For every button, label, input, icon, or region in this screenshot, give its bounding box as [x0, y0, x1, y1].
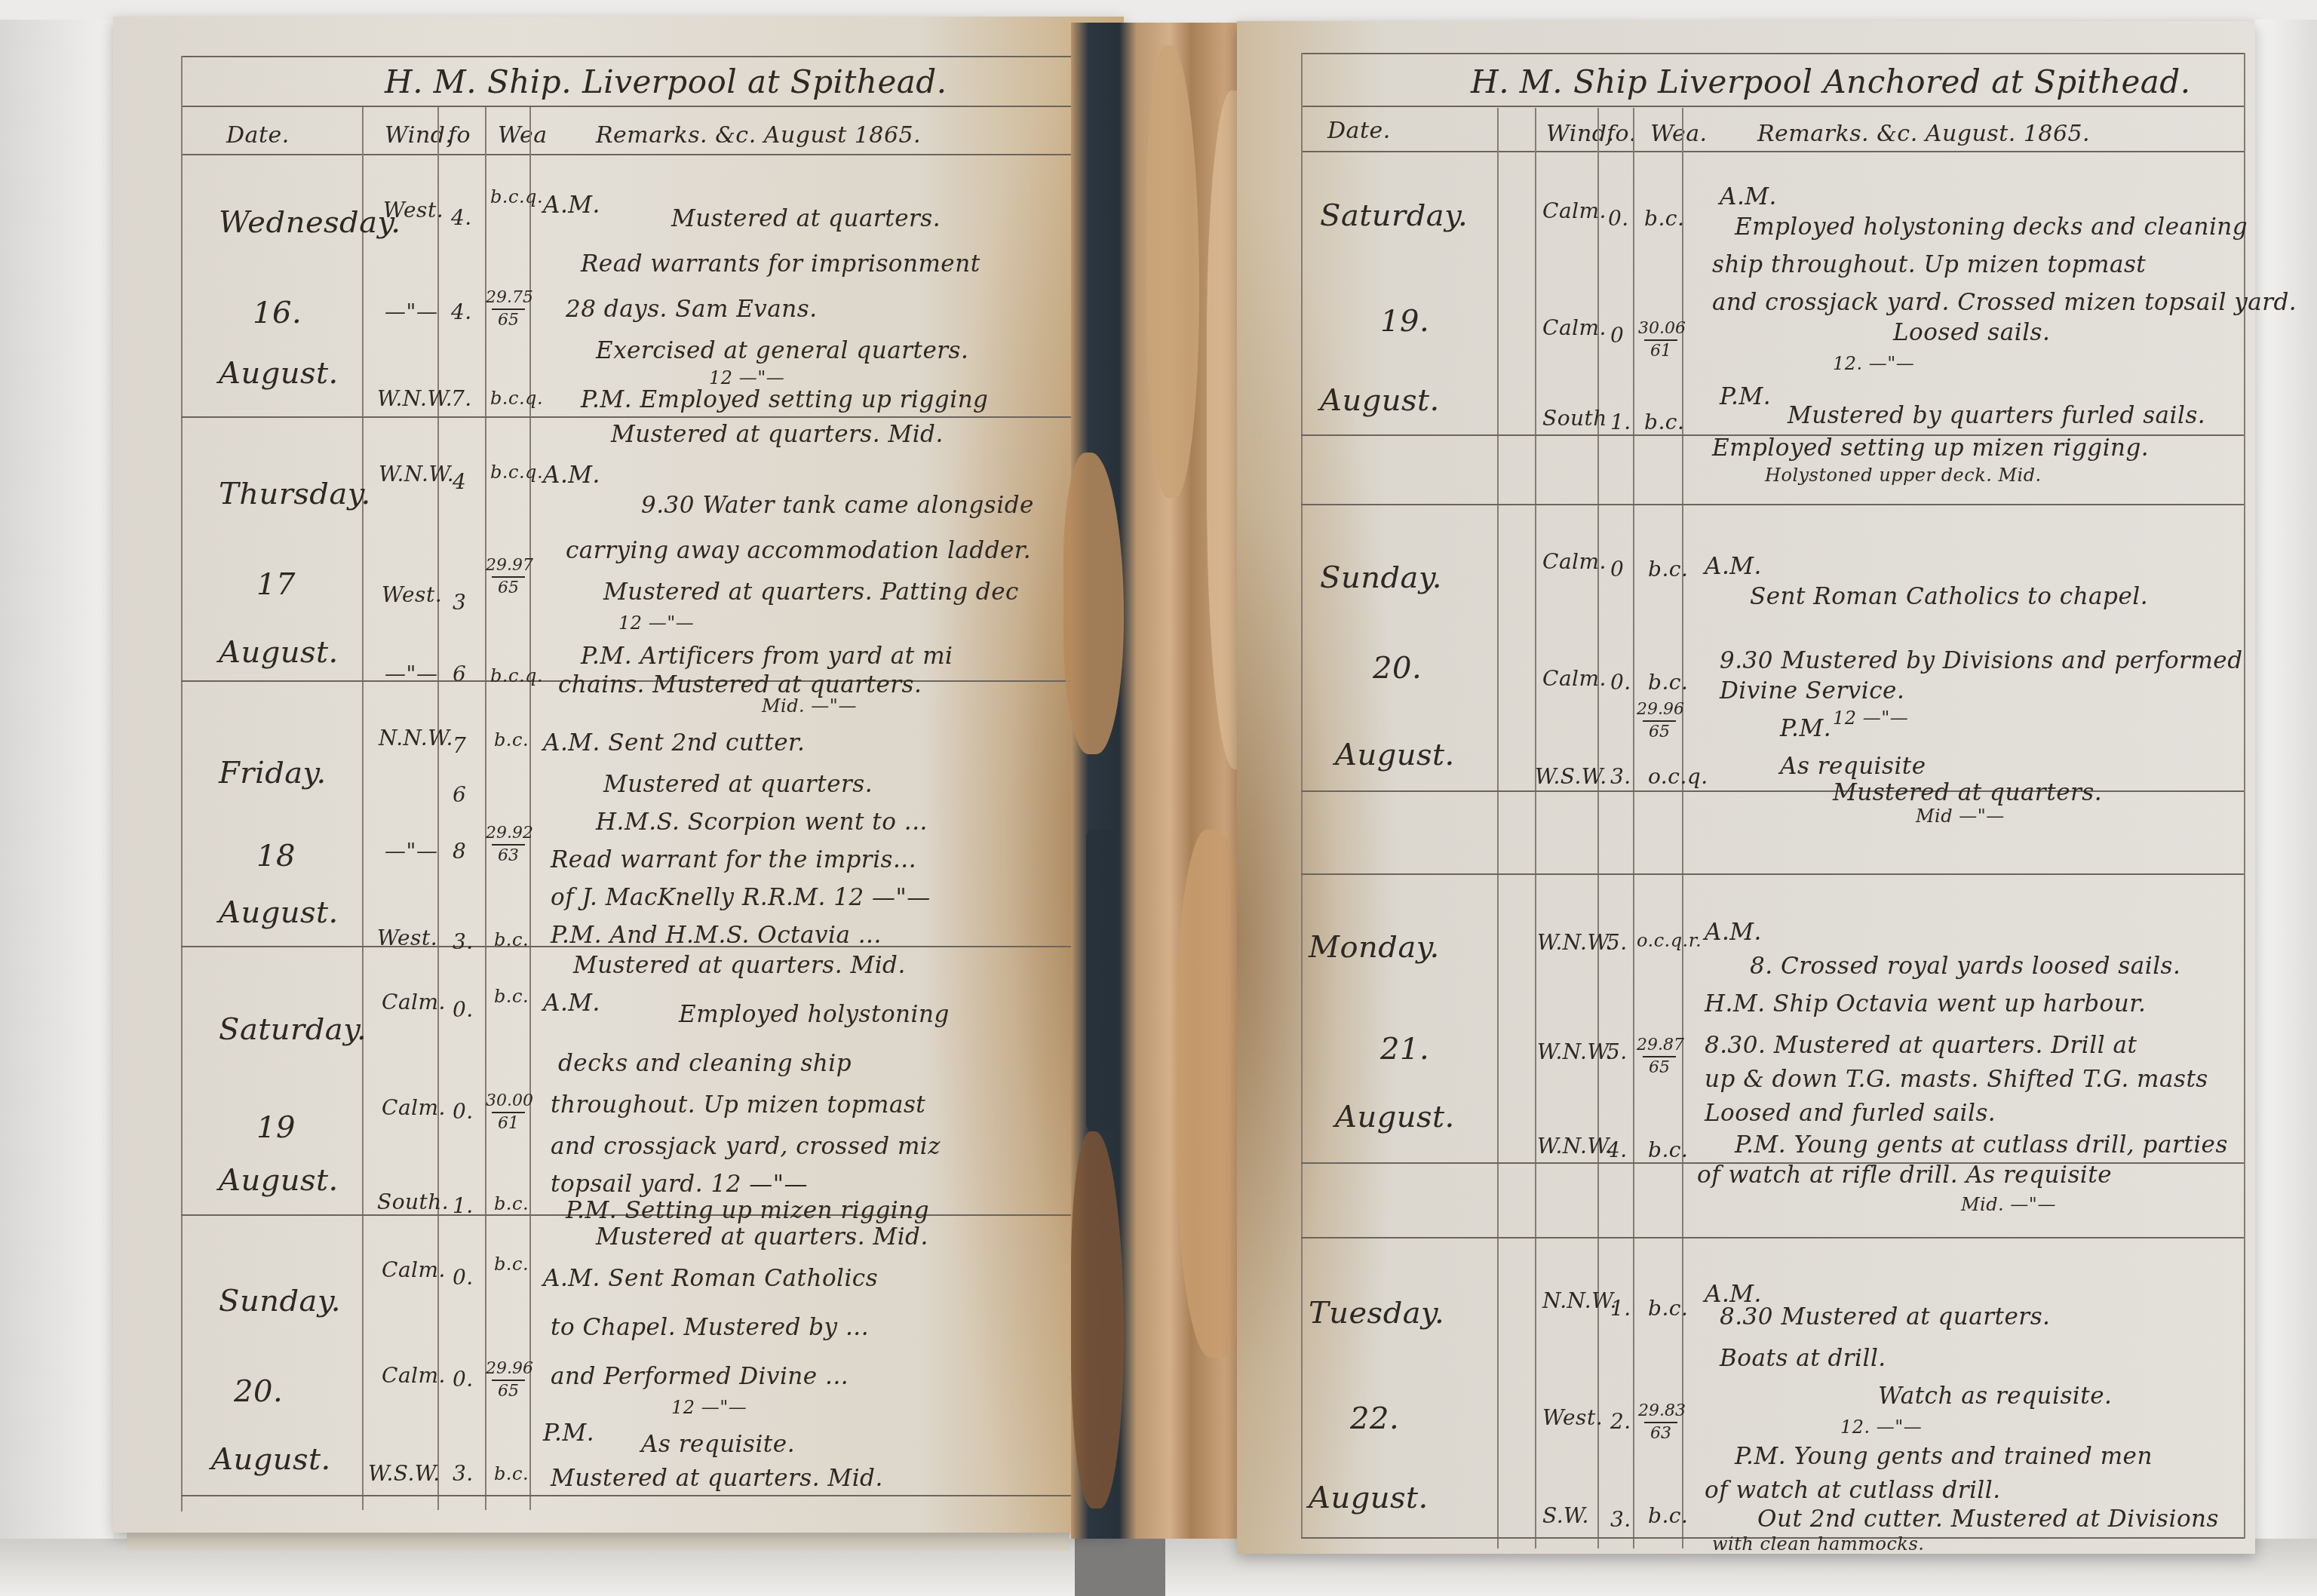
- obs-force: 0.: [453, 997, 474, 1022]
- obs-weather: b.c.: [494, 1193, 529, 1214]
- entry-weekday: Friday.: [219, 756, 327, 790]
- remark-line: carrying away accommodation ladder.: [566, 537, 1031, 564]
- obs-wind: West.: [383, 198, 443, 223]
- remark-line: P.M. Employed setting up rigging: [581, 386, 988, 413]
- obs-weather: b.c.q.: [490, 388, 543, 409]
- obs-weather: b.c.: [494, 729, 529, 750]
- obs-weather: b.c.: [1648, 1296, 1688, 1321]
- remark-line: P.M. Setting up mizen rigging: [566, 1197, 929, 1224]
- entry-month: August.: [219, 1163, 339, 1198]
- obs-wind: W.N.W.: [1537, 930, 1613, 955]
- obs-wind: —"—: [385, 299, 437, 324]
- left-page-title: H. M. Ship. Liverpool at Spithead.: [385, 63, 947, 100]
- obs-barometer-thermometer: 29.8765: [1637, 1036, 1682, 1078]
- remark-line: Read warrant for the impris...: [551, 846, 916, 873]
- box-divider: [1075, 1539, 1165, 1596]
- right-page-top-rule: [1301, 53, 2244, 54]
- entry-weekday: Tuesday.: [1309, 1296, 1444, 1331]
- obs-wind: West.: [377, 925, 437, 950]
- spine-binding-cloth: [1086, 830, 1116, 1131]
- remark-line: 12 —"—: [671, 1397, 747, 1418]
- obs-force: 4.: [451, 299, 472, 324]
- remark-line: Sent Roman Catholics to chapel.: [1750, 583, 2148, 610]
- remark-line: Read warrants for imprisonment: [581, 250, 981, 278]
- remark-line: A.M.: [543, 462, 600, 489]
- entry-weekday: Saturday.: [219, 1012, 367, 1047]
- remark-line: Mustered at quarters. Mid.: [596, 1223, 928, 1251]
- left-col-wind: Wind.: [385, 122, 453, 149]
- right-col-date: Date.: [1327, 118, 1391, 144]
- obs-wind: W.N.W.: [1537, 1134, 1613, 1159]
- obs-weather: b.c.: [1644, 410, 1684, 434]
- barometer-reading: 30.00: [486, 1091, 533, 1110]
- entry-day-number: 20.: [234, 1374, 283, 1409]
- obs-barometer-thermometer: 29.9665: [486, 1359, 531, 1401]
- obs-force: 5.: [1607, 930, 1628, 955]
- barometer-reading: 29.87: [1637, 1036, 1684, 1054]
- entry-day-number: 21.: [1380, 1032, 1429, 1067]
- obs-wind: South: [1542, 406, 1607, 431]
- obs-weather: b.c.q.: [490, 186, 543, 207]
- barometer-reading: 29.75: [486, 288, 533, 307]
- obs-force: 4.: [1607, 1137, 1628, 1162]
- remark-line: 9.30 Mustered by Divisions and performed: [1720, 647, 2242, 674]
- obs-force: 7.: [451, 386, 472, 411]
- remark-line: 12 —"—: [618, 612, 694, 634]
- left-page-outer-vrule: [181, 56, 183, 1512]
- obs-force: 3.: [1610, 1507, 1631, 1532]
- remark-line: 12. —"—: [1840, 1416, 1922, 1438]
- obs-force: 0: [1610, 557, 1624, 582]
- remark-line: Mustered at quarters.: [671, 205, 941, 232]
- obs-weather: o.c.q.r.: [1637, 930, 1702, 951]
- remark-line: P.M. And H.M.S. Octavia ...: [551, 922, 882, 949]
- left-col-weather: Wea: [498, 122, 548, 149]
- obs-force: 0: [1610, 323, 1624, 348]
- right-day-rule: [1301, 504, 2244, 505]
- obs-force: 4.: [451, 205, 472, 230]
- obs-force: 3: [453, 590, 466, 615]
- left-page-title-rule: [181, 106, 1162, 107]
- remark-line: Employed holystoning: [679, 1001, 950, 1028]
- entry-month: August.: [219, 895, 339, 930]
- obs-wind: W.N.W.: [377, 386, 453, 411]
- remark-line: Out 2nd cutter. Mustered at Divisions: [1757, 1505, 2219, 1533]
- obs-wind: Calm.: [1542, 315, 1607, 340]
- barometer-reading: 29.83: [1638, 1401, 1686, 1420]
- obs-wind: W.N.W.: [1537, 1039, 1613, 1064]
- thermometer-reading: 65: [498, 579, 519, 597]
- left-log-page: H. M. Ship. Liverpool at Spithead. Date.…: [113, 17, 1124, 1533]
- right-col-remarks: Remarks. &c. August. 1865.: [1757, 121, 2090, 147]
- entry-month: August.: [1320, 383, 1440, 418]
- remark-line: 28 days. Sam Evans.: [566, 296, 818, 323]
- entry-day-number: 18: [256, 839, 296, 873]
- right-page-outer-vrule: [1301, 53, 1303, 1539]
- obs-weather: b.c.: [494, 1463, 529, 1484]
- right-day-rule: [1301, 1237, 2244, 1238]
- obs-force: 0.: [453, 1367, 474, 1392]
- obs-wind: —"—: [385, 839, 437, 864]
- storage-box-left-wall: [0, 0, 113, 1596]
- obs-weather: b.c.: [1648, 1503, 1688, 1528]
- remark-line: of watch at cutlass drill.: [1705, 1477, 2001, 1504]
- right-col-force: fo.: [1607, 121, 1637, 147]
- obs-force: 0.: [1608, 206, 1629, 231]
- remark-line: P.M.: [1780, 715, 1831, 742]
- obs-wind: N.N.W.: [379, 726, 453, 750]
- remark-line: and crossjack yard. Crossed mizen topsai…: [1712, 289, 2297, 316]
- remark-line: and crossjack yard, crossed miz: [551, 1133, 941, 1160]
- obs-weather: b.c.: [1648, 1137, 1688, 1162]
- remark-line: Boats at drill.: [1720, 1345, 1886, 1372]
- entry-day-number: 20.: [1373, 651, 1422, 686]
- remark-line: Mustered at quarters. Mid.: [611, 421, 944, 448]
- obs-weather: b.c.q.: [490, 665, 543, 686]
- left-page-bottom-rule: [181, 1495, 1162, 1496]
- remark-line: P.M. Artificers from yard at mi: [581, 643, 953, 670]
- barometer-reading: 29.96: [486, 1359, 533, 1378]
- obs-wind: —"—: [385, 661, 437, 686]
- thermometer-reading: 65: [498, 311, 519, 330]
- obs-force: 8: [453, 839, 466, 864]
- obs-wind: Calm.: [1542, 198, 1607, 223]
- left-page-header-rule: [181, 154, 1162, 155]
- remark-line: H.M. Ship Octavia went up harbour.: [1705, 990, 2146, 1017]
- obs-weather: b.c.: [494, 1254, 529, 1275]
- remark-line: with clean hammocks.: [1712, 1533, 1924, 1555]
- remark-line: P.M. Young gents and trained men: [1735, 1443, 2153, 1470]
- obs-wind: West.: [1542, 1405, 1603, 1430]
- remark-line: A.M. Sent Roman Catholics: [543, 1265, 878, 1292]
- remark-line: A.M. Sent 2nd cutter.: [543, 729, 805, 757]
- obs-wind: Calm.: [382, 1095, 446, 1120]
- thermometer-reading: 65: [1649, 1058, 1670, 1077]
- obs-force: 0.: [453, 1099, 474, 1124]
- entry-month: August.: [1335, 1100, 1455, 1134]
- obs-wind: W.N.W.: [379, 462, 454, 486]
- remark-line: Employed holystoning decks and cleaning: [1735, 213, 2248, 241]
- obs-wind: Calm.: [1542, 666, 1607, 691]
- remark-line: Mid. —"—: [1961, 1194, 2056, 1215]
- remark-line: and Performed Divine ...: [551, 1363, 849, 1390]
- thermometer-reading: 61: [498, 1114, 519, 1133]
- remark-line: A.M.: [543, 192, 600, 219]
- thermometer-reading: 63: [498, 846, 519, 865]
- obs-barometer-thermometer: 29.9765: [486, 556, 531, 598]
- storage-box-right-wall: [2255, 0, 2317, 1596]
- entry-day-number: 16.: [253, 296, 302, 330]
- obs-weather: b.c.q.: [490, 462, 543, 483]
- entry-month: August.: [1309, 1481, 1429, 1515]
- remark-line: H.M.S. Scorpion went to ...: [596, 809, 928, 836]
- remark-line: decks and cleaning ship: [558, 1050, 852, 1077]
- obs-force: 4: [453, 469, 466, 494]
- obs-wind: W.S.W.: [368, 1461, 440, 1486]
- obs-force: 2.: [1610, 1409, 1631, 1434]
- remark-line: 9.30 Water tank came alongside: [641, 492, 1034, 519]
- obs-wind: S.W.: [1542, 1503, 1589, 1528]
- remark-line: 8. Crossed royal yards loosed sails.: [1750, 953, 2180, 980]
- right-page-title: H. M. Ship Liverpool Anchored at Spithea…: [1471, 63, 2191, 100]
- obs-barometer-thermometer: 29.8363: [1638, 1401, 1683, 1444]
- entry-weekday: Saturday.: [1320, 198, 1468, 233]
- remark-line: Employed setting up mizen rigging.: [1712, 434, 2149, 462]
- obs-force: 7: [453, 733, 466, 758]
- obs-force: 1.: [1610, 1296, 1631, 1321]
- obs-weather: b.c.: [1648, 670, 1688, 695]
- right-day-rule: [1301, 790, 2244, 792]
- entry-day-number: 19.: [1380, 304, 1429, 339]
- remark-line: Mustered at quarters. Mid.: [551, 1465, 883, 1492]
- obs-weather: b.c.: [1644, 206, 1684, 231]
- entry-weekday: Monday.: [1309, 930, 1440, 965]
- barometer-reading: 30.06: [1638, 319, 1686, 338]
- remark-line: Mustered at quarters.: [603, 771, 873, 798]
- right-col-wind: Wind.: [1546, 121, 1614, 147]
- barometer-reading: 29.92: [486, 824, 533, 843]
- remark-line: Holystoned upper deck. Mid.: [1765, 465, 2042, 486]
- remark-line: Loosed and furled sails.: [1705, 1100, 1996, 1127]
- right-day-rule: [1301, 873, 2244, 875]
- entry-month: August.: [211, 1442, 331, 1477]
- entry-weekday: Thursday.: [219, 477, 371, 511]
- obs-force: 1.: [1610, 410, 1631, 434]
- right-vrule-blank: [1535, 108, 1536, 1548]
- obs-barometer-thermometer: 29.7565: [486, 288, 531, 330]
- left-col-remarks: Remarks. &c. August 1865.: [596, 122, 921, 149]
- remark-line: topsail yard. 12 —"—: [551, 1171, 808, 1198]
- obs-barometer-thermometer: 29.9263: [486, 824, 531, 866]
- obs-barometer-thermometer: 30.0061: [486, 1091, 531, 1134]
- obs-wind: Calm.: [382, 1257, 446, 1282]
- right-page-header-rule: [1301, 151, 2244, 152]
- remark-line: up & down T.G. masts. Shifted T.G. masts: [1705, 1066, 2208, 1093]
- right-page-margin-vrule: [2244, 53, 2245, 1539]
- thermometer-reading: 65: [1649, 723, 1670, 741]
- obs-force: 1.: [453, 1193, 474, 1218]
- obs-force: 6: [453, 782, 466, 807]
- left-day-rule: [181, 416, 1162, 418]
- entry-month: August.: [219, 635, 339, 670]
- obs-wind: Calm.: [382, 990, 446, 1014]
- obs-wind: Calm.: [382, 1363, 446, 1388]
- remark-line: A.M.: [1720, 183, 1777, 210]
- obs-wind: N.N.W.: [1542, 1288, 1617, 1313]
- remark-line: Mustered by quarters furled sails.: [1788, 402, 2205, 429]
- left-vrule-date: [362, 107, 364, 1510]
- obs-wind: West.: [382, 582, 442, 607]
- obs-barometer-thermometer: 29.9665: [1637, 700, 1682, 742]
- remark-line: of watch at rifle drill. As requisite: [1697, 1162, 2112, 1189]
- remark-line: Mid —"—: [1916, 806, 2005, 827]
- left-col-date: Date.: [226, 122, 290, 149]
- obs-force: 3.: [453, 1461, 474, 1486]
- remark-line: 12. —"—: [1833, 353, 1914, 374]
- obs-weather: b.c.: [494, 986, 529, 1007]
- remark-line: 12 —"—: [709, 367, 784, 388]
- remark-line: chains. Mustered at quarters.: [558, 671, 922, 698]
- entry-day-number: 19: [256, 1110, 296, 1145]
- remark-line: Mustered at quarters. Patting dec: [603, 579, 1019, 606]
- obs-wind: W.S.W.: [1535, 764, 1607, 789]
- remark-line: to Chapel. Mustered by ...: [551, 1314, 869, 1341]
- barometer-reading: 29.96: [1637, 700, 1684, 719]
- entry-day-number: 22.: [1350, 1401, 1399, 1436]
- remark-line: P.M.: [1720, 383, 1771, 410]
- obs-force: 0.: [453, 1265, 474, 1290]
- entry-weekday: Sunday.: [219, 1284, 341, 1318]
- obs-wind: Calm.: [1542, 549, 1607, 574]
- remark-line: P.M.: [543, 1420, 594, 1447]
- remark-line: As requisite: [1780, 753, 1926, 780]
- right-page-title-rule: [1301, 106, 2244, 107]
- remark-line: Mid. —"—: [762, 695, 857, 717]
- remark-line: of J. MacKnelly R.R.M. 12 —"—: [551, 884, 931, 911]
- remark-line: Mustered at quarters. Mid.: [573, 952, 906, 979]
- left-page-top-rule: [181, 56, 1162, 57]
- obs-force: 0.: [1610, 670, 1631, 695]
- thermometer-reading: 63: [1650, 1424, 1671, 1443]
- entry-weekday: Sunday.: [1320, 560, 1442, 595]
- remark-line: Watch as requisite.: [1878, 1383, 2112, 1410]
- remark-line: ship throughout. Up mizen topmast: [1712, 251, 2146, 278]
- right-vrule-date: [1497, 108, 1499, 1548]
- remark-line: 8.30. Mustered at quarters. Drill at: [1705, 1032, 2137, 1059]
- remark-line: Divine Service.: [1720, 677, 1904, 704]
- entry-weekday: Wednesday.: [219, 205, 401, 240]
- remark-line: A.M.: [543, 990, 600, 1017]
- remark-line: throughout. Up mizen topmast: [551, 1091, 925, 1119]
- right-col-weather: Wea.: [1650, 121, 1708, 147]
- remark-line: P.M. Young gents at cutlass drill, parti…: [1735, 1131, 2228, 1159]
- thermometer-reading: 61: [1650, 342, 1671, 361]
- obs-force: 3.: [453, 929, 474, 954]
- remark-line: A.M.: [1705, 919, 1762, 946]
- obs-weather: o.c.q.: [1648, 764, 1708, 789]
- remark-line: Mustered at quarters.: [1833, 779, 2102, 806]
- obs-wind: South.: [377, 1189, 449, 1214]
- entry-day-number: 17: [256, 567, 296, 602]
- remark-line: As requisite.: [641, 1431, 795, 1458]
- entry-month: August.: [1335, 738, 1455, 772]
- obs-barometer-thermometer: 30.0661: [1638, 319, 1683, 361]
- right-vrule-force: [1633, 108, 1634, 1548]
- remark-line: 8.30 Mustered at quarters.: [1720, 1303, 2050, 1331]
- entry-month: August.: [219, 356, 339, 391]
- obs-force: 6: [453, 661, 466, 686]
- remark-line: A.M.: [1705, 553, 1762, 580]
- right-log-page: H. M. Ship Liverpool Anchored at Spithea…: [1237, 21, 2255, 1554]
- obs-force: 3.: [1610, 764, 1631, 789]
- remark-line: Loosed sails.: [1893, 319, 2050, 346]
- obs-weather: b.c.: [1648, 557, 1688, 582]
- remark-line: Exercised at general quarters.: [596, 337, 968, 364]
- thermometer-reading: 65: [498, 1382, 519, 1401]
- obs-force: 5.: [1607, 1039, 1628, 1064]
- barometer-reading: 29.97: [486, 556, 533, 575]
- left-col-force: fo: [448, 122, 471, 149]
- obs-weather: b.c.: [494, 929, 529, 950]
- remark-line: 12 —"—: [1833, 707, 1908, 729]
